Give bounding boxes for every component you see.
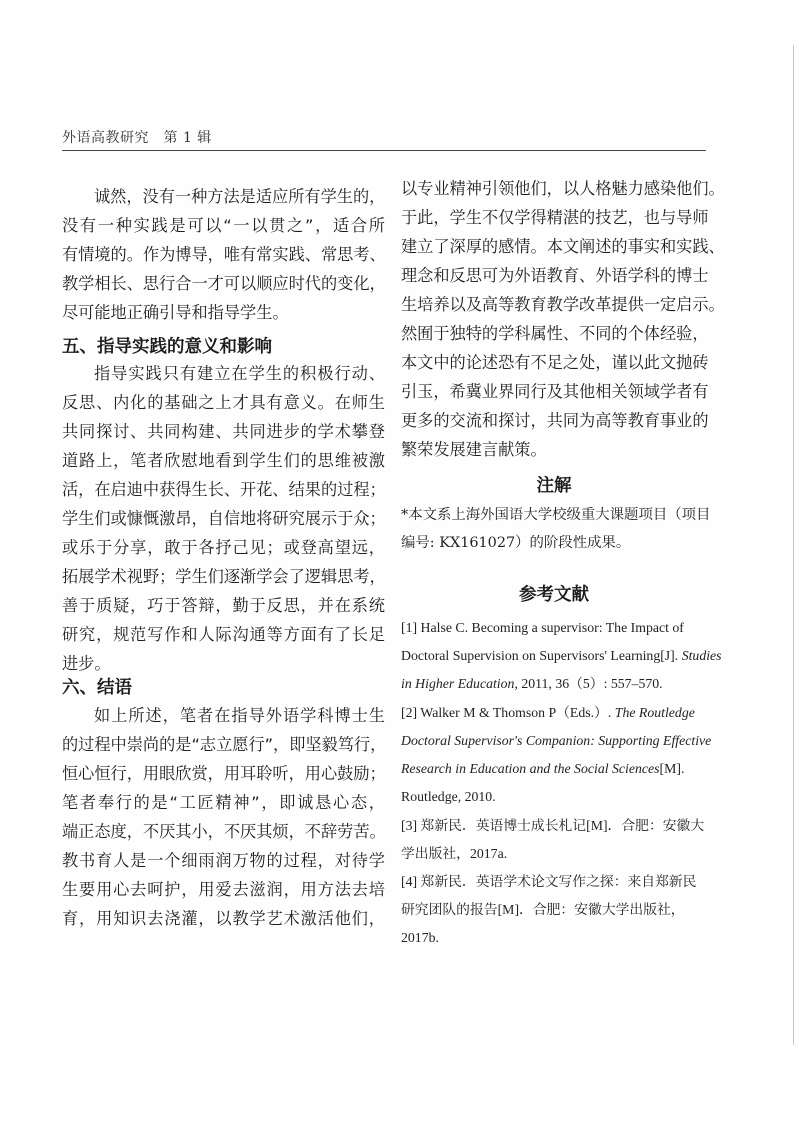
text-line: 然囿于独特的学科属性、不同的个体经验， xyxy=(401,324,707,344)
text-line: 有情境的。作为博导，唯有常实践、常思考、 xyxy=(62,245,385,265)
notes-heading: 注解 xyxy=(401,472,707,497)
text-line: 理念和反思可为外语教育、外语学科的博士 xyxy=(401,266,707,286)
ref-text: [1] Halse C. Becoming a supervisor: The … xyxy=(401,620,684,635)
ref-text: [4] 郑新民．英语学术论文写作之探：来自郑新民 xyxy=(401,874,696,889)
section-heading-5: 五、指导实践的意义和影响 xyxy=(62,333,272,358)
ref-book-title: Research in Education and the Social Sci… xyxy=(401,761,660,776)
ref-text: 研究团队的报告[M]．合肥：安徽大学出版社， xyxy=(401,902,685,917)
text-line: 生要用心去呵护，用爱去滋润，用方法去培 xyxy=(62,880,385,900)
text-line: 或乐于分享，敢于各抒己见；或登高望远， xyxy=(62,538,385,558)
reference-1-line: [1] Halse C. Becoming a supervisor: The … xyxy=(401,619,707,637)
text-line: 诚然，没有一种方法是适应所有学生的， xyxy=(62,187,385,207)
text-line: 繁荣发展建言献策。 xyxy=(401,440,707,460)
text-line: 反思、内化的基础之上才具有意义。在师生 xyxy=(62,393,385,413)
text-line: 以专业精神引领他们，以人格魅力感染他们。 xyxy=(401,179,707,199)
text-line: 道路上，笔者欣慰地看到学生们的思维被激 xyxy=(62,451,385,471)
reference-2-line: Doctoral Supervisor's Companion: Support… xyxy=(401,732,707,750)
text-line: 本文中的论述恐有不足之处，谨以此文抛砖 xyxy=(401,353,707,373)
text-line: 没有一种实践是可以“一以贯之”，适合所 xyxy=(62,216,385,236)
reference-1-line: in Higher Education, 2011, 36（5）: 557–57… xyxy=(401,675,707,693)
reference-2-line: Routledge, 2010. xyxy=(401,788,707,806)
running-head: 外语高教研究 第 1 辑 xyxy=(62,127,212,147)
text-line: 端正态度，不厌其小，不厌其烦，不辞劳苦。 xyxy=(62,822,385,842)
text-line: 活，在启迪中获得生长、开花、结果的过程； xyxy=(62,480,385,500)
reference-4-line: [4] 郑新民．英语学术论文写作之探：来自郑新民 xyxy=(401,873,707,891)
text-line: 进步。 xyxy=(62,654,385,674)
ref-text: Doctoral Supervision on Supervisors' Lea… xyxy=(401,648,682,663)
text-line: 建立了深厚的感情。本文阐述的事实和实践、 xyxy=(401,237,707,257)
text-line: 拓展学术视野；学生们逐渐学会了逻辑思考， xyxy=(62,567,385,587)
text-line: 学生们或慷慨激昂，自信地将研究展示于众； xyxy=(62,509,385,529)
ref-book-title: Doctoral Supervisor's Companion: Support… xyxy=(401,733,711,748)
reference-2-line: Research in Education and the Social Sci… xyxy=(401,760,707,778)
text-line: 教学相长、思行合一才可以顺应时代的变化， xyxy=(62,274,385,294)
note-line: 编号: KX161027）的阶段性成果。 xyxy=(401,534,707,552)
ref-text: [3] 郑新民．英语博士成长札记[M]．合肥：安徽大 xyxy=(401,818,704,833)
page-edge-line xyxy=(793,45,794,1045)
reference-3-line: [3] 郑新民．英语博士成长札记[M]．合肥：安徽大 xyxy=(401,817,707,835)
header-rule xyxy=(62,150,706,151)
note-line: *本文系上海外国语大学校级重大课题项目（项目 xyxy=(401,506,707,524)
text-line: 如上所述，笔者在指导外语学科博士生 xyxy=(62,706,385,726)
text-line: 引玉，希冀业界同行及其他相关领域学者有 xyxy=(401,382,707,402)
section-heading-6: 六、结语 xyxy=(62,674,132,699)
text-line: 更多的交流和探讨，共同为高等教育事业的 xyxy=(401,411,707,431)
text-line: 的过程中崇尚的是“志立愿行”，即坚毅笃行， xyxy=(62,735,385,755)
ref-journal-title: in Higher Education xyxy=(401,676,514,691)
ref-book-title: The Routledge xyxy=(615,705,695,720)
reference-4-line: 2017b. xyxy=(401,929,707,947)
text-line: 于此，学生不仅学得精湛的技艺，也与导师 xyxy=(401,208,707,228)
ref-text: [2] Walker M & Thomson P（Eds.）. xyxy=(401,705,615,720)
ref-journal-title: Studies xyxy=(682,648,722,663)
ref-text: [M]. xyxy=(660,761,685,776)
references-heading: 参考文献 xyxy=(401,581,707,606)
reference-4-line: 研究团队的报告[M]．合肥：安徽大学出版社， xyxy=(401,901,707,919)
ref-text: , 2011, 36（5）: 557–570. xyxy=(514,676,662,691)
text-line: 恒心恒行，用眼欣赏，用耳聆听，用心鼓励； xyxy=(62,764,385,784)
text-line: 共同探讨、共同构建、共同进步的学术攀登 xyxy=(62,422,385,442)
reference-1-line: Doctoral Supervision on Supervisors' Lea… xyxy=(401,647,707,665)
ref-text: Routledge, 2010. xyxy=(401,789,496,804)
text-line: 笔者奉行的是“工匠精神”，即诚恳心态， xyxy=(62,793,385,813)
text-line: 尽可能地正确引导和指导学生。 xyxy=(62,303,385,323)
reference-2-line: [2] Walker M & Thomson P（Eds.）. The Rout… xyxy=(401,704,707,722)
text-line: 研究，规范写作和人际沟通等方面有了长足 xyxy=(62,625,385,645)
text-line: 指导实践只有建立在学生的积极行动、 xyxy=(62,364,385,384)
text-line: 生培养以及高等教育教学改革提供一定启示。 xyxy=(401,295,707,315)
ref-text: 学出版社，2017a. xyxy=(401,846,507,861)
text-line: 育，用知识去浇灌，以教学艺术激活他们， xyxy=(62,909,385,929)
text-line: 教书育人是一个细雨润万物的过程，对待学 xyxy=(62,851,385,871)
ref-text: 2017b. xyxy=(401,930,439,945)
text-line: 善于质疑，巧于答辩，勤于反思，并在系统 xyxy=(62,596,385,616)
reference-3-line: 学出版社，2017a. xyxy=(401,845,707,863)
